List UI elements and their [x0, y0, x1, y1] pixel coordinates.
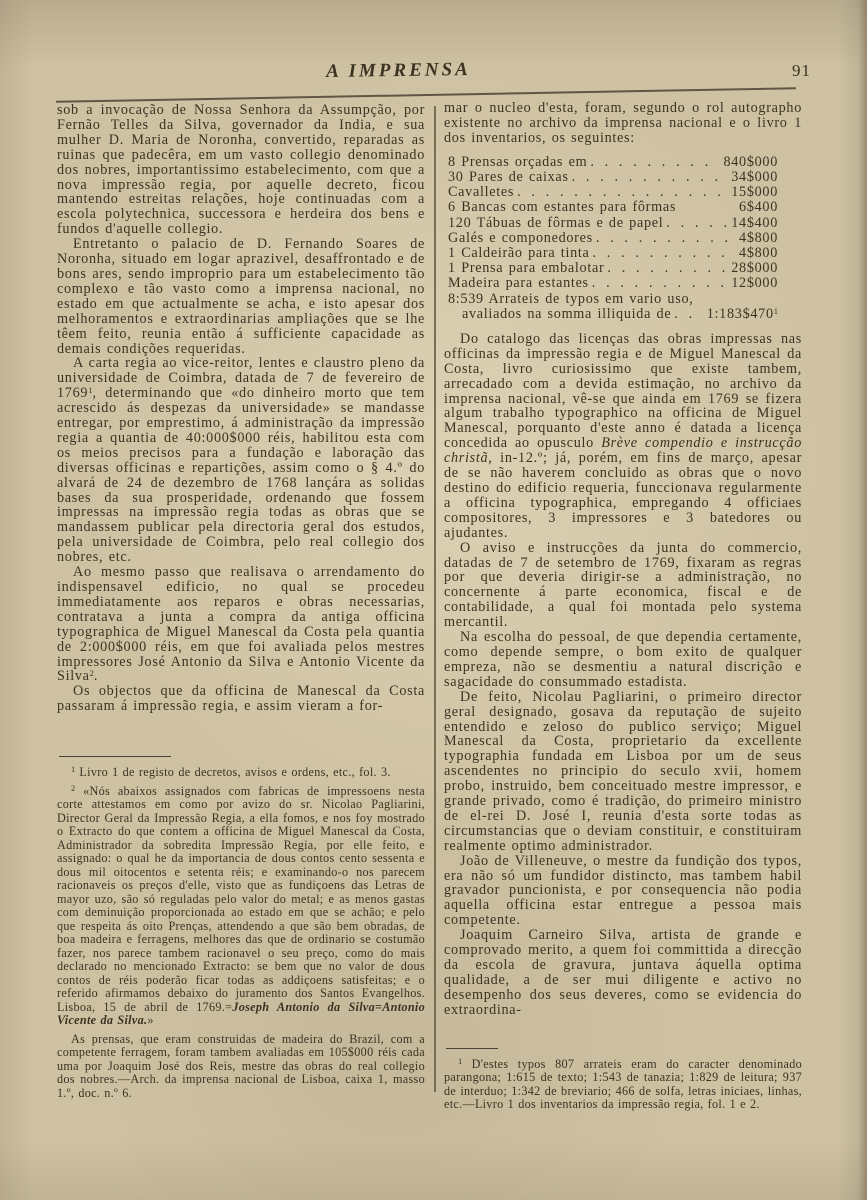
leader-dots: [572, 170, 729, 185]
left-column: sob a invocação de Nossa Senhora da Assu…: [57, 103, 425, 1100]
text-run: As prensas, que eram construidas de made…: [57, 1032, 425, 1100]
column-divider: [434, 106, 436, 1092]
leader-dots: [592, 276, 728, 291]
paragraph: Ao mesmo passo que realisava o arrendame…: [57, 565, 425, 684]
paragraph: mar o nucleo d'esta, foram, segundo o ro…: [444, 101, 802, 146]
inventory-row: Galés e componedores4$800: [448, 231, 778, 246]
footnote: 1 Livro 1 de registo de decretos, avisos…: [57, 766, 425, 780]
inventory-list: 8 Prensas orçadas em840$00030 Pares de c…: [448, 155, 802, 322]
text-run: .: [94, 668, 98, 684]
inventory-item-value: 14$400: [731, 216, 778, 231]
inventory-item-value: 28$000: [731, 261, 778, 276]
inventory-item-value: 12$000: [731, 276, 778, 291]
inventory-row: 6 Bancas com estantes para fôrmas6$400: [448, 200, 778, 215]
inventory-item-label: 8 Prensas orçadas em: [448, 155, 587, 170]
text-run: João de Villeneuve, o mestre da fundição…: [444, 853, 802, 929]
leader-dots: [674, 307, 703, 322]
footnote: 1 D'estes typos 807 arrateis eram do car…: [444, 1058, 802, 1112]
page-title: A IMPRENSA: [0, 54, 797, 87]
inventory-row: Madeira para estantes12$000: [448, 276, 778, 291]
text-run: «Nós abaixos assignados com fabricas de …: [57, 784, 425, 1014]
leader-dots: [596, 231, 736, 246]
inventory-item-label: 1 Prensa para embalotar: [448, 261, 604, 276]
paragraph: De feito, Nicolau Pagliarini, o primeiro…: [444, 690, 802, 854]
page-number: 91: [792, 61, 811, 81]
inventory-item-value: 4$800: [739, 246, 778, 261]
text-run: Do catalogo das licenças das obras impre…: [444, 331, 802, 451]
text-run: Na escolha do pessoal, de que dependia c…: [444, 629, 802, 690]
inventory-item-label: 30 Pares de caixas: [448, 170, 569, 185]
leader-dots: [607, 261, 728, 276]
leader-dots: [666, 216, 728, 231]
leader-dots: [593, 246, 737, 261]
footnote-ref: 1: [774, 306, 778, 316]
inventory-row: Cavalletes15$000: [448, 185, 778, 200]
text-run: sob a invocação de Nossa Senhora da Assu…: [57, 102, 425, 237]
right-column: mar o nucleo d'esta, foram, segundo o ro…: [444, 101, 802, 1112]
paragraph: A carta regia ao vice-reitor, lentes e c…: [57, 356, 425, 565]
scanned-book-page: A IMPRENSA 91 sob a invocação de Nossa S…: [0, 0, 867, 1200]
text-run: Ao mesmo passo que realisava o arrendame…: [57, 564, 425, 684]
inventory-row: 1 Prensa para embalotar28$000: [448, 261, 778, 276]
paragraph: Na escolha do pessoal, de que dependia c…: [444, 630, 802, 690]
inventory-item-value: 6$400: [739, 200, 778, 215]
inventory-item-label: avaliados na somma illiquida de: [448, 307, 671, 322]
text-run: O aviso e instrucções da junta do commer…: [444, 540, 802, 631]
text-run: D'estes typos 807 arrateis eram do carac…: [444, 1057, 802, 1112]
inventory-row: avaliados na somma illiquida de1:183$470…: [448, 307, 778, 322]
paragraph: Do catalogo das licenças das obras impre…: [444, 332, 802, 541]
inventory-item-label: 6 Bancas com estantes para fôrmas: [448, 200, 676, 215]
right-footnotes: 1 D'estes typos 807 arrateis eram do car…: [444, 1058, 802, 1112]
paragraph: João de Villeneuve, o mestre da fundição…: [444, 854, 802, 929]
inventory-item-value: 4$800: [739, 231, 778, 246]
left-column-text: sob a invocação de Nossa Senhora da Assu…: [57, 103, 425, 714]
paragraph: Joaquim Carneiro Silva, artista de grand…: [444, 928, 802, 1017]
inventory-item-label: 120 Tábuas de fôrmas e de papel: [448, 216, 663, 231]
leader-dots: [590, 155, 720, 170]
paragraph: sob a invocação de Nossa Senhora da Assu…: [57, 103, 425, 237]
right-column-text: mar o nucleo d'esta, foram, segundo o ro…: [444, 101, 802, 1018]
text-run: in-12.º; já, porém, em fins de março, ap…: [444, 450, 802, 541]
text-run: Livro 1 de registo de decretos, avisos e…: [75, 765, 391, 779]
leader-dots: [517, 185, 728, 200]
footnote: As prensas, que eram construidas de made…: [57, 1033, 425, 1101]
footnote: 2 «Nós abaixos assignados com fabricas d…: [57, 785, 425, 1028]
paragraph: O aviso e instrucções da junta do commer…: [444, 541, 802, 630]
inventory-row: 30 Pares de caixas34$000: [448, 170, 778, 185]
inventory-item-value: 1:183$4701: [707, 307, 778, 322]
text-run: De feito, Nicolau Pagliarini, o primeiro…: [444, 689, 802, 854]
inventory-row: 8 Prensas orçadas em840$000: [448, 155, 778, 170]
inventory-item-label: 8:539 Arrateis de typos em vario uso,: [448, 292, 693, 307]
inventory-item-label: Madeira para estantes: [448, 276, 589, 291]
inventory-item-label: 1 Caldeirão para tinta: [448, 246, 590, 261]
inventory-item-label: Cavalletes: [448, 185, 514, 200]
inventory-row: 120 Tábuas de fôrmas e de papel14$400: [448, 216, 778, 231]
left-footnote-block: 1 Livro 1 de registo de decretos, avisos…: [57, 756, 425, 1100]
inventory-item-value: 34$000: [731, 170, 778, 185]
inventory-item-value: 840$000: [723, 155, 778, 170]
paragraph: Entretanto o palacio de D. Fernando Soar…: [57, 237, 425, 356]
text-run: Entretanto o palacio de D. Fernando Soar…: [57, 236, 425, 356]
inventory-row: 8:539 Arrateis de typos em vario uso,: [448, 292, 778, 307]
text-run: Os objectos que da officina de Manescal …: [57, 683, 425, 714]
right-footnote-block: 1 D'estes typos 807 arrateis eram do car…: [444, 1048, 802, 1112]
inventory-item-value: 15$000: [731, 185, 778, 200]
text-run: , determinando que «do dinheiro morto qu…: [57, 385, 425, 565]
text-run: »: [147, 1013, 153, 1027]
inventory-item-label: Galés e componedores: [448, 231, 593, 246]
left-footnotes: 1 Livro 1 de registo de decretos, avisos…: [57, 766, 425, 1100]
paragraph: Os objectos que da officina de Manescal …: [57, 684, 425, 714]
footnote-separator: [59, 756, 171, 757]
text-run: Joaquim Carneiro Silva, artista de grand…: [444, 927, 802, 1018]
footnote-separator: [446, 1048, 498, 1049]
text-run: mar o nucleo d'esta, foram, segundo o ro…: [444, 100, 802, 146]
inventory-row: 1 Caldeirão para tinta4$800: [448, 246, 778, 261]
